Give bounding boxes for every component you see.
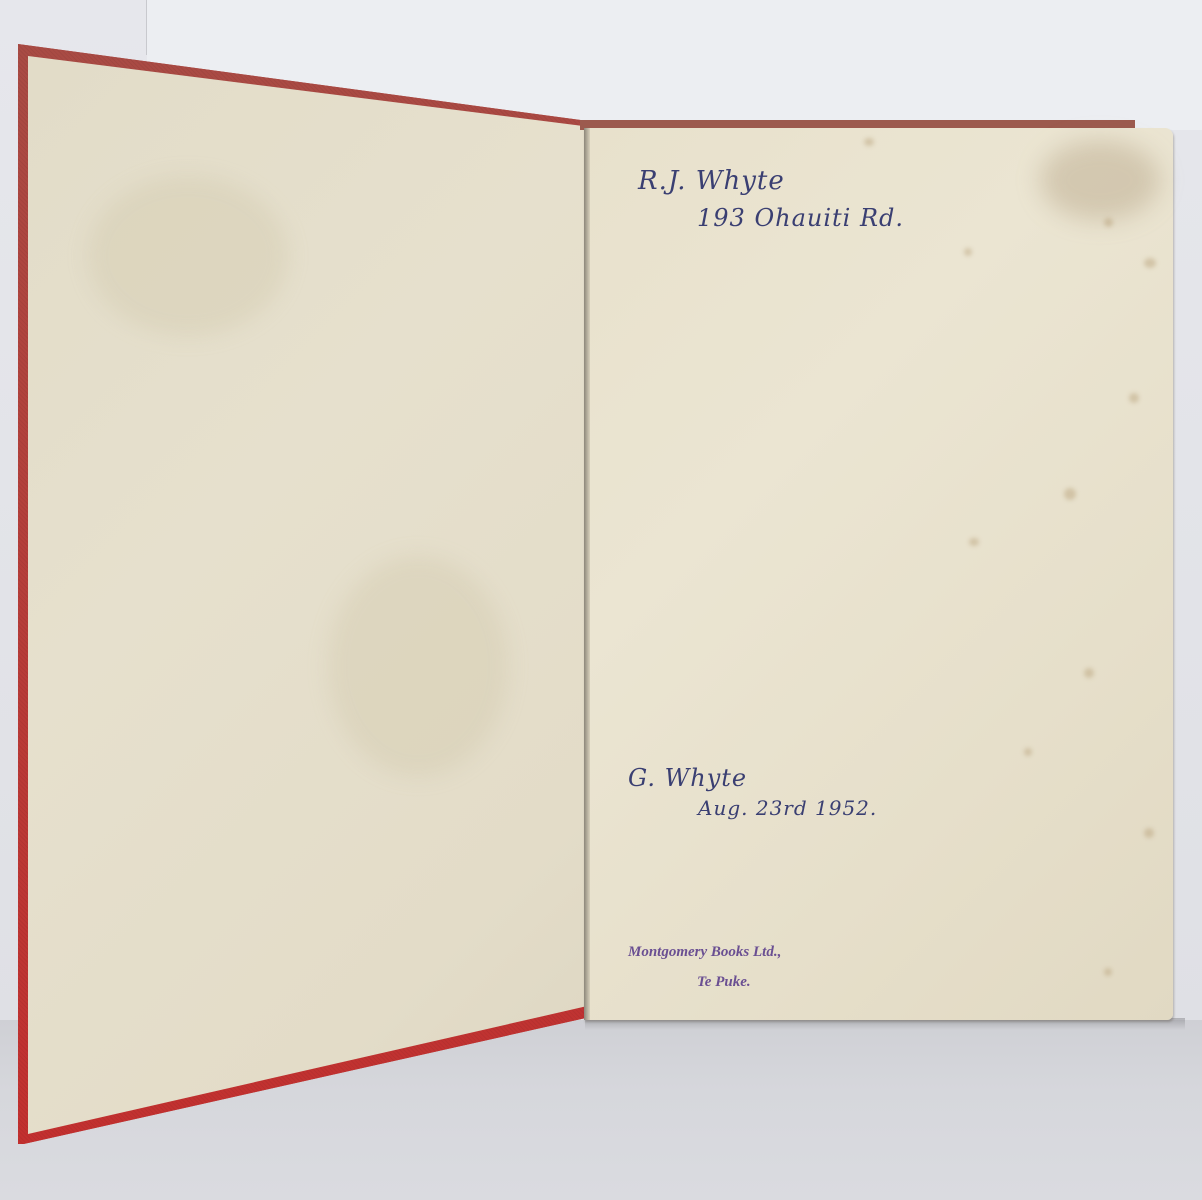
- foxing-spot: [969, 538, 979, 546]
- foxing-spot: [1104, 968, 1112, 976]
- inscription-name-middle: G. Whyte: [628, 764, 747, 792]
- front-pastedown: [28, 56, 584, 1134]
- foxing-spot: [964, 248, 972, 256]
- book-gutter: [584, 128, 590, 1020]
- foxing-spot: [1129, 393, 1139, 403]
- foxing-stain: [1040, 140, 1160, 220]
- bookseller-stamp-line1: Montgomery Books Ltd.,: [628, 944, 781, 961]
- foxing-spot: [1084, 668, 1094, 678]
- inscription-name-top: R.J. Whyte: [638, 166, 785, 196]
- foxing-spot: [1024, 748, 1032, 756]
- foxing-spot: [864, 138, 874, 146]
- foxing-spot: [1144, 258, 1156, 268]
- foxing-spot: [1064, 488, 1076, 500]
- front-endpaper: [584, 128, 1173, 1020]
- paper-stain: [88, 176, 288, 336]
- bookseller-stamp-line2: Te Puke.: [697, 974, 751, 991]
- foxing-spot: [1104, 218, 1113, 227]
- wall-seam: [146, 0, 147, 55]
- inscription-address: 193 Ohauiti Rd.: [697, 204, 904, 232]
- foxing-spot: [1144, 828, 1154, 838]
- paper-stain: [328, 556, 508, 776]
- inscription-date: Aug. 23rd 1952.: [698, 796, 877, 820]
